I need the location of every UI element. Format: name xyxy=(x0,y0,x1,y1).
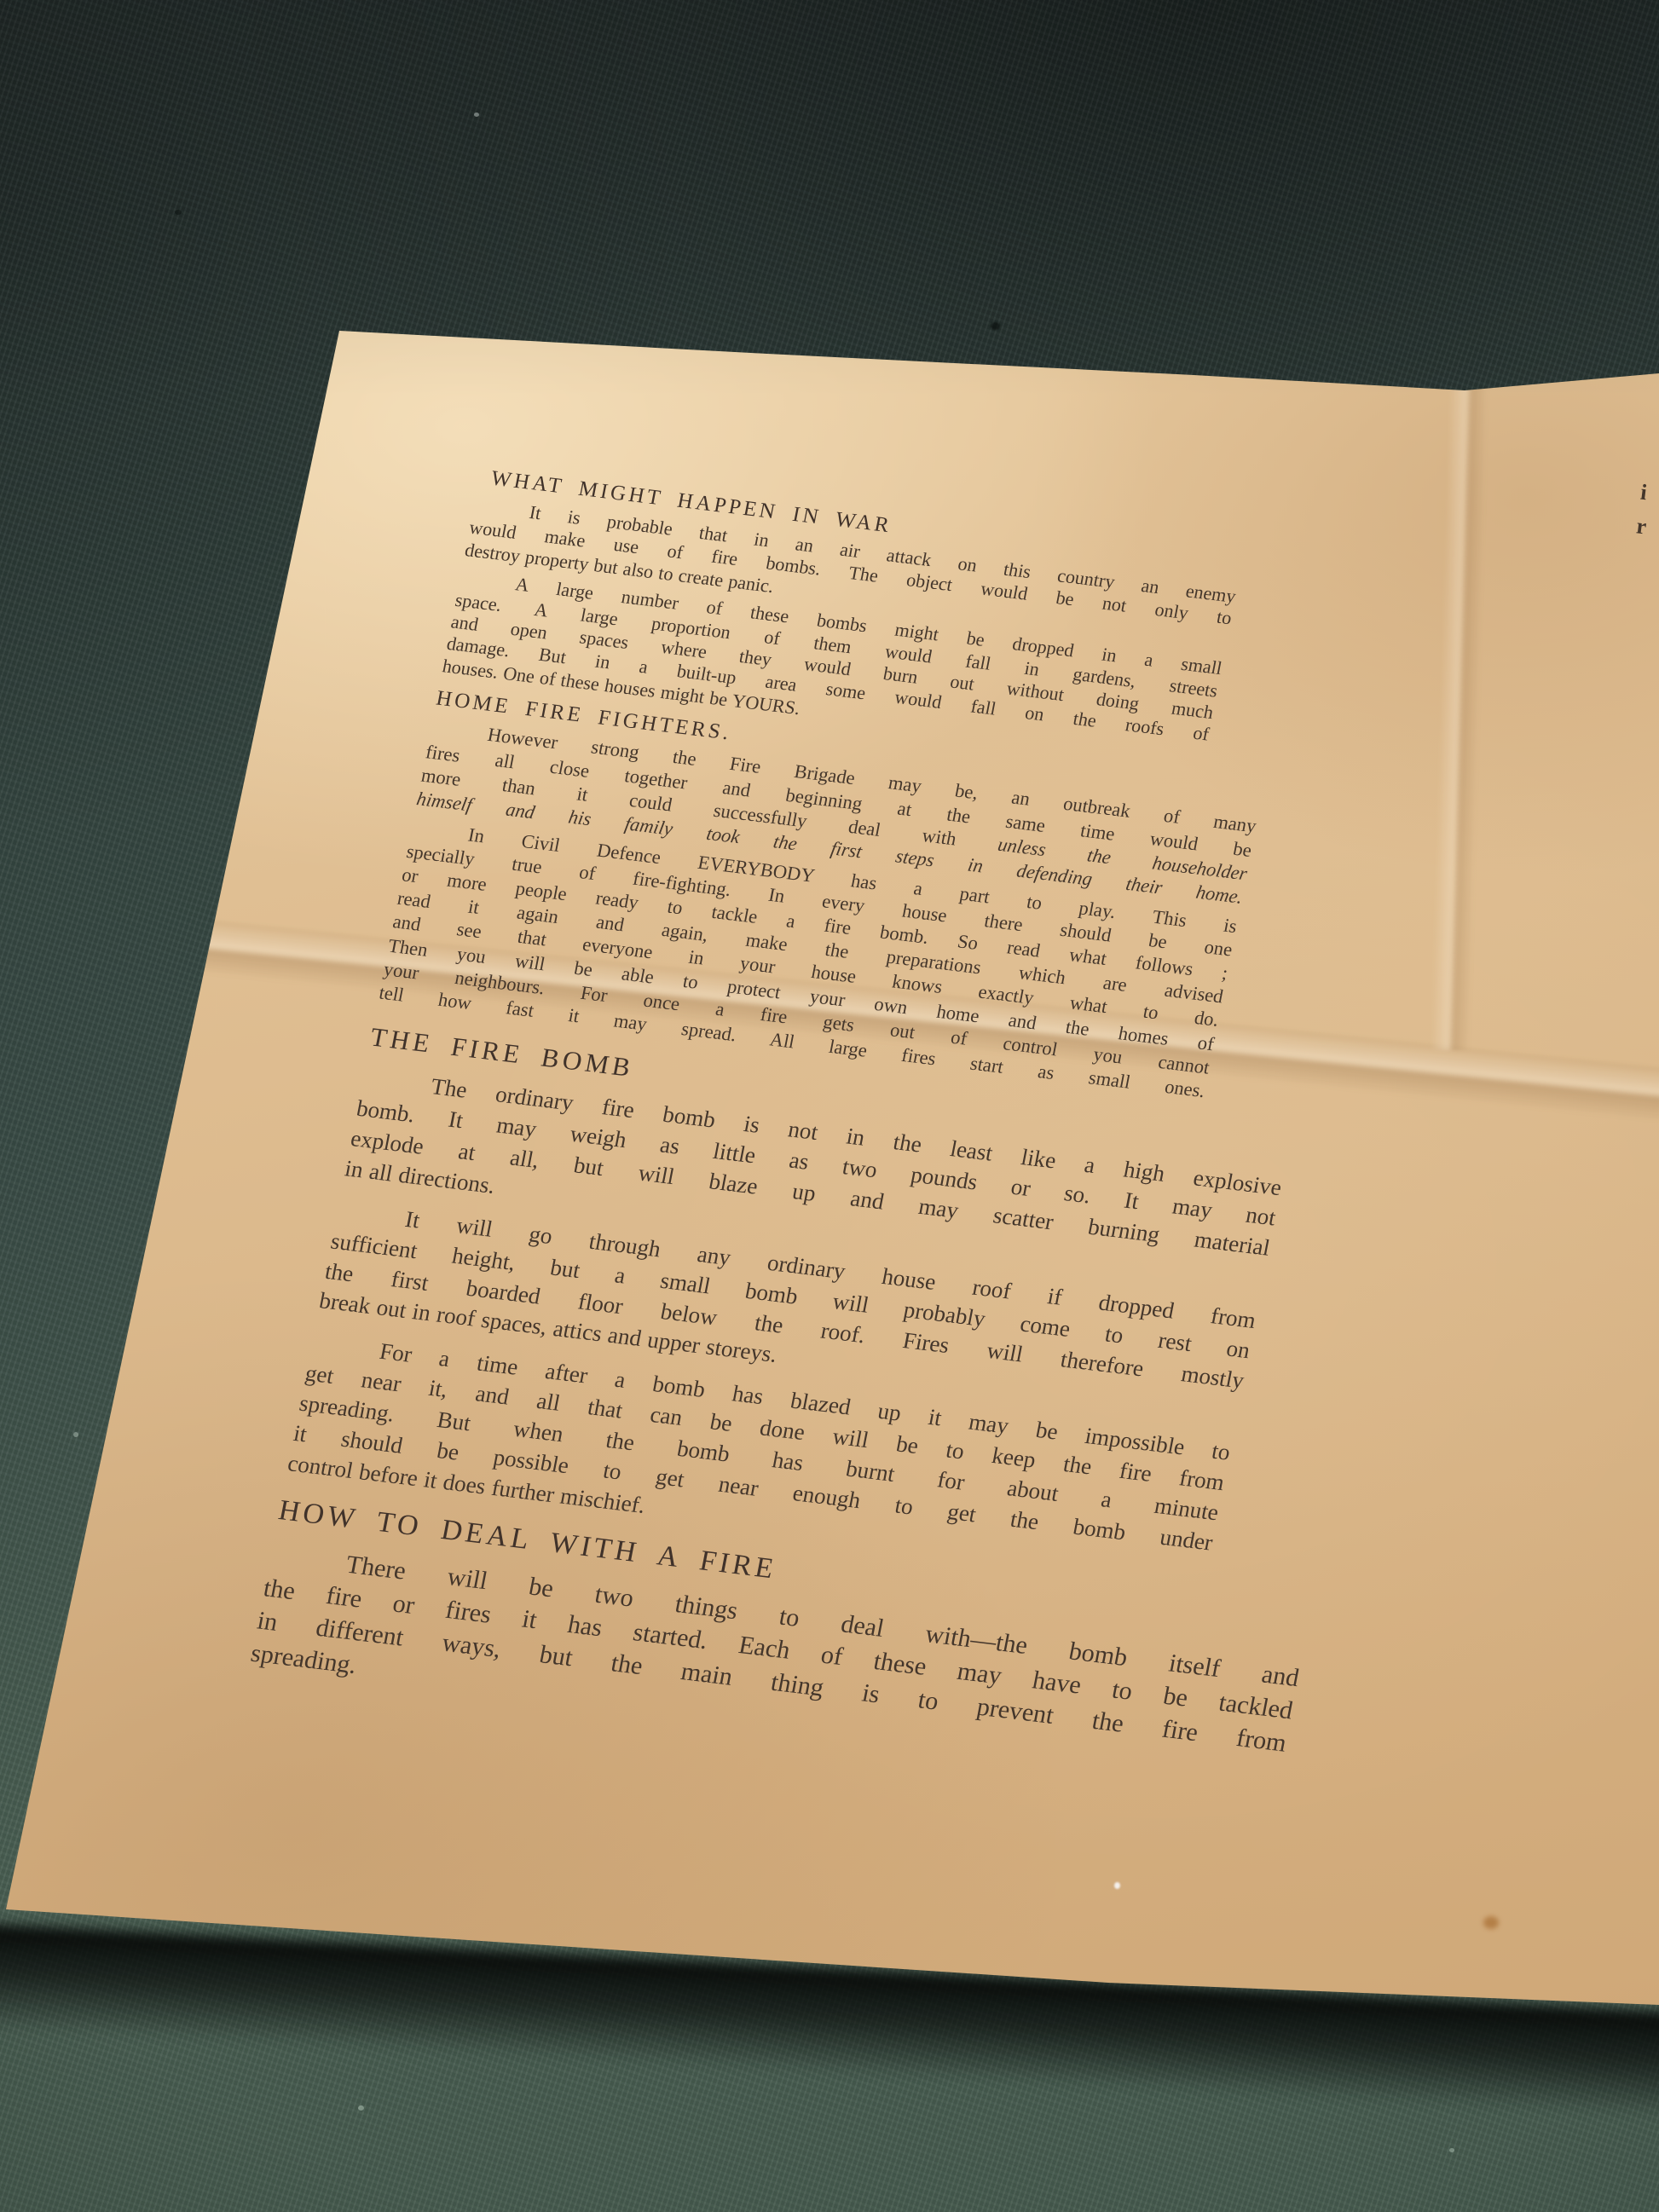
fabric-fleck xyxy=(358,2105,364,2111)
fabric-fleck xyxy=(474,113,479,117)
printed-text-block: WHAT MIGHT HAPPEN IN WAR It is probable … xyxy=(247,465,1549,1803)
fabric-fleck xyxy=(73,1432,78,1437)
leaflet-page: WHAT MIGHT HAPPEN IN WAR It is probable … xyxy=(0,324,1659,2029)
paper-fleck xyxy=(1114,1882,1120,1889)
fragment-letter: i xyxy=(1639,476,1652,511)
adjacent-panel-text-fragment: i r xyxy=(1634,476,1652,545)
photo-of-leaflet: { "document": { "type": "wartime-civil-d… xyxy=(0,0,1659,2212)
fabric-fleck xyxy=(991,322,1000,330)
paper-stain xyxy=(1483,1916,1499,1929)
fragment-letter: r xyxy=(1634,510,1648,545)
section-the-fire-bomb: THE FIRE BOMB The ordinary fire bomb is … xyxy=(285,1019,1292,1589)
fabric-fleck xyxy=(175,210,182,215)
fabric-fleck xyxy=(1449,2148,1454,2152)
